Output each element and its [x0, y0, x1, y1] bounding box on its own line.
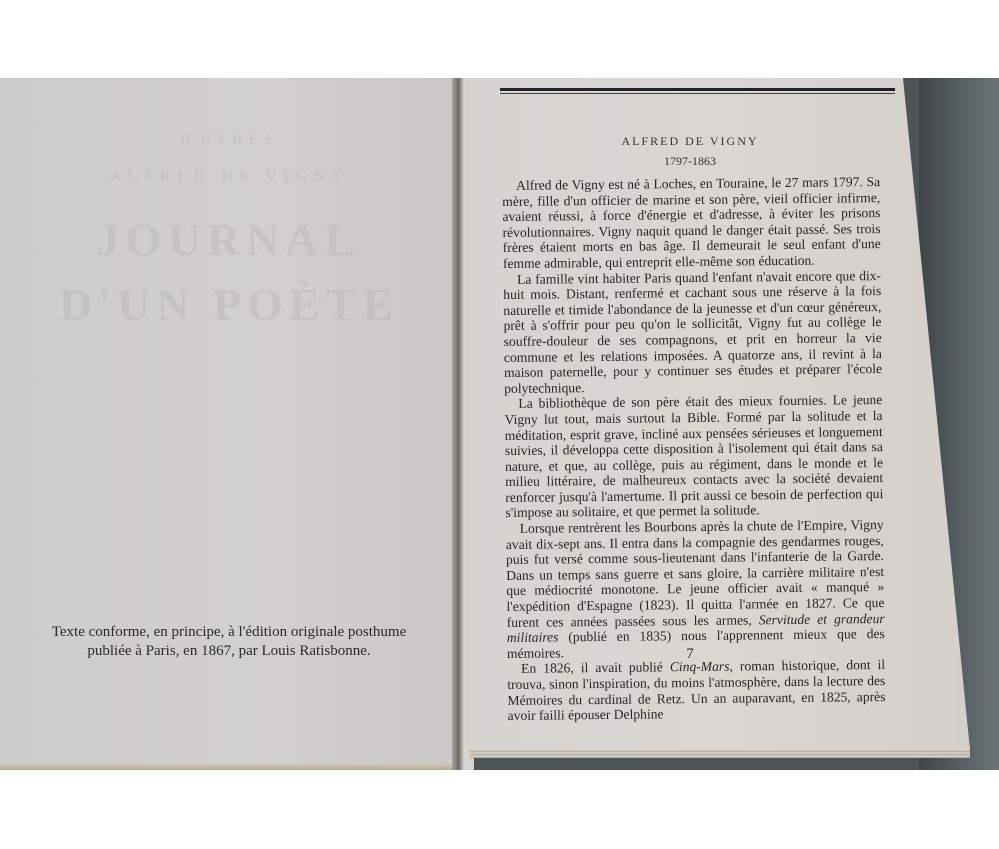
book-photo: ŒUVRES ALFRED DE VIGNY JOURNAL D'UN POÈT…: [0, 78, 999, 770]
biography-text: Alfred de Vigny est né à Loches, en Tour…: [502, 174, 886, 724]
show-through-text: ALFRED DE VIGNY: [0, 168, 458, 186]
show-through-text: D'UN POÈTE: [0, 278, 458, 331]
edition-note-line: Texte conforme, en principe, à l'édition…: [0, 623, 458, 642]
show-through-text: JOURNAL: [0, 213, 458, 266]
page-number: 7: [480, 646, 900, 663]
paragraph: En 1826, il avait publié Cinq-Mars, roma…: [507, 657, 886, 723]
paragraph: La famille vint habiter Paris quand l'en…: [503, 268, 882, 397]
chapter-title: ALFRED DE VIGNY: [480, 134, 900, 149]
paragraph: La bibliothèque de son père était des mi…: [504, 392, 883, 521]
life-dates: 1797-1863: [480, 154, 900, 169]
left-page: ŒUVRES ALFRED DE VIGNY JOURNAL D'UN POÈT…: [0, 78, 458, 770]
paragraph: Alfred de Vigny est né à Loches, en Tour…: [502, 174, 881, 272]
header-rule-thin: [500, 93, 895, 94]
page-edge: [0, 764, 460, 770]
paragraph: Lorsque rentrèrent les Bourbons après la…: [506, 517, 885, 661]
header-rule: [500, 88, 895, 91]
show-through-text: ŒUVRES: [0, 133, 458, 149]
edition-note: Texte conforme, en principe, à l'édition…: [0, 623, 458, 661]
edition-note-line: publiée à Paris, en 1867, par Louis Rati…: [0, 642, 458, 661]
